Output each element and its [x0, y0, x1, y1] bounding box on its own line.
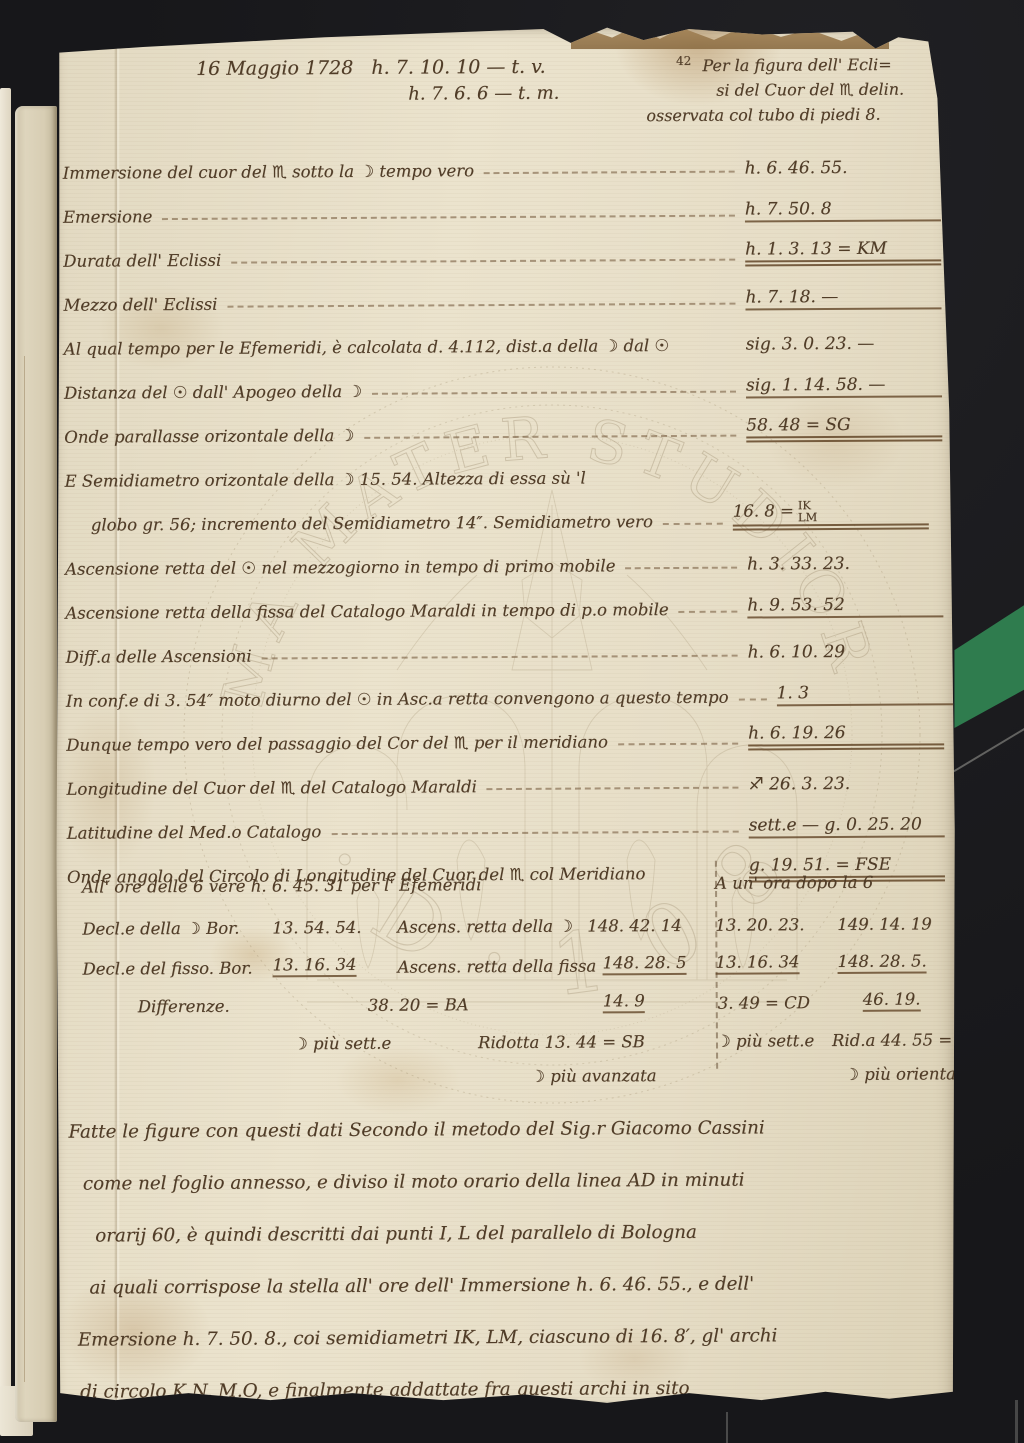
manuscript-page: ALMA MATER STUDIORUM A · D · 1 0 8 8 16 …	[52, 22, 962, 1414]
table-cell: ☽ più sett.e	[293, 1034, 391, 1054]
ledger-row: Onde parallasse orizontale della ☽ 58. 4…	[64, 401, 942, 450]
semidiameter-fraction: IK LM	[798, 499, 818, 523]
dash-leader	[262, 655, 738, 660]
semidiameter-line2: globo gr. 56; incremento del Semidiametr…	[91, 512, 653, 534]
ledger-row: Al qual tempo per le Efemeridi, è calcol…	[64, 313, 942, 362]
table-cell: 3. 49 = CD	[718, 993, 810, 1013]
dash-leader	[372, 391, 736, 395]
row-label: Onde parallasse orizontale della ☽	[64, 426, 354, 447]
row-label: Longitudine del Cuor del ♏ del Catalogo …	[66, 777, 477, 799]
dash-leader	[231, 259, 735, 264]
table-cell: Rid.a 44. 55 = SC	[832, 1030, 981, 1050]
row-value: h. 6. 46. 55.	[745, 157, 941, 178]
paragraph-line: di circolo K.N, M.O, e finalmente addatt…	[70, 1345, 942, 1402]
row-label: Al qual tempo per le Efemeridi, è calcol…	[64, 336, 670, 359]
table-cell: ☽ più orientale	[844, 1064, 971, 1084]
table-cell: 46. 19.	[863, 989, 921, 1011]
side-note-line: si del Cuor del ♏ delin.	[640, 77, 940, 104]
row-value: h. 6. 10. 29	[748, 641, 944, 662]
row-value: h. 1. 3. 13 = KM	[745, 238, 941, 266]
closing-paragraph: Fatte le figure con questi dati Secondo …	[68, 1085, 942, 1402]
side-note: 42 Per la figura dell' Ecli= si del Cuor…	[640, 47, 940, 128]
row-label: Durata dell' Eclissi	[63, 251, 221, 271]
paragraph-line: Emersione h. 7. 50. 8., coi semidiametri…	[70, 1293, 942, 1350]
ledger-row: Immersione del cuor del ♏ sotto la ☽ tem…	[62, 137, 940, 186]
row-label: Emersione	[63, 207, 153, 227]
table-cell: Ascens. retta della fissa	[397, 956, 596, 976]
table-header-right: A un' ora dopo la 6	[715, 873, 873, 893]
table-cell: 148. 28. 5.	[837, 951, 926, 974]
time-mean-text: h. 7. 6. 6 — t. m.	[408, 83, 559, 105]
folio-number: 42	[676, 54, 691, 68]
scanned-manuscript-photo: { "colors":{"paper":"#e6ddc6","ink":"#50…	[0, 0, 1024, 1443]
table-cell: 148. 42. 14	[587, 916, 682, 936]
ledger-row: In conf.e di 3. 54″ moto diurno del ☉ in…	[66, 665, 944, 714]
row-label: Immersione del cuor del ♏ sotto la ☽ tem…	[63, 161, 474, 183]
dash-leader	[739, 698, 767, 700]
ledger-row: Ascensione retta del ☉ nel mezzogiorno i…	[65, 533, 943, 582]
row-label: Diff.a delle Ascensioni	[66, 647, 252, 667]
dash-leader	[162, 215, 735, 220]
table-cell: 13. 20. 23.	[715, 915, 804, 935]
row-value: h. 9. 53. 52	[747, 594, 943, 618]
row-value: sett.e — g. 0. 25. 20	[749, 814, 945, 838]
time-true-text: h. 7. 10. 10 — t. v.	[371, 56, 545, 79]
semidiameter-line2-row: globo gr. 56; incremento del Semidiametr…	[65, 489, 943, 538]
row-value: h. 3. 33. 23.	[747, 553, 943, 574]
table-cell: Ridotta 13. 44 = SB	[478, 1032, 645, 1052]
table-cell: 149. 14. 19	[837, 914, 932, 934]
book-page-edge-sliver	[0, 88, 11, 1428]
dash-leader	[663, 523, 723, 525]
observation-ledger: Immersione del cuor del ♏ sotto la ☽ tem…	[62, 137, 945, 890]
dash-leader	[227, 303, 735, 308]
row-label: In conf.e di 3. 54″ moto diurno del ☉ in…	[66, 688, 729, 711]
dash-leader	[618, 743, 738, 746]
ledger-row: Distanza del ☉ dall' Apogeo della ☽ sig.…	[64, 357, 942, 406]
table-cell: Decl.e del fisso. Bor.	[82, 959, 252, 979]
row-value: h. 6. 19. 26	[748, 722, 944, 750]
table-row: Decl.e del fisso. Bor. 13. 16. 34 Ascens…	[67, 939, 945, 978]
semidiameter-value: 16. 8 = IK LM	[733, 498, 929, 530]
table-cell: 13. 54. 54.	[272, 918, 361, 938]
row-label: Ascensione retta del ☉ nel mezzogiorno i…	[65, 556, 615, 578]
ledger-row: Longitudine del Cuor del ♏ del Catalogo …	[66, 753, 944, 802]
table-cell: Decl.e della ☽ Bor.	[82, 919, 239, 939]
row-value: h. 7. 18. —	[745, 286, 941, 310]
semidiameter-line1: E Semidiametro orizontale della ☽ 15. 54…	[64, 445, 942, 494]
dash-leader	[484, 171, 735, 175]
row-value: h. 7. 50. 8	[745, 198, 941, 222]
table-row: ☽ più avanzata ☽ più orientale	[68, 1049, 946, 1088]
book-page-edge-stack	[15, 106, 57, 1422]
dash-leader	[487, 787, 739, 791]
table-cell: Differenze.	[138, 997, 230, 1017]
semidiameter-value-number: 16. 8 =	[733, 502, 794, 521]
ledger-row: Ascensione retta della fissa del Catalog…	[65, 577, 943, 626]
row-value: sig. 3. 0. 23. —	[746, 333, 942, 354]
table-cell: 14. 9	[603, 991, 645, 1013]
table-cell: ☽ più avanzata	[530, 1066, 656, 1086]
paragraph-line: orarij 60, è quindi descritti dai punti …	[69, 1189, 941, 1246]
ledger-row: Latitudine del Med.o Catalogo sett.e — g…	[67, 797, 945, 846]
handwriting-layer: 16 Maggio 1728 h. 7. 10. 10 — t. v. h. 7…	[48, 19, 966, 1417]
table-cell: ☽ più sett.e	[716, 1031, 814, 1051]
ledger-row: Durata dell' Eclissi h. 1. 3. 13 = KM	[63, 225, 941, 274]
ledger-row: Dunque tempo vero del passaggio del Cor …	[66, 709, 944, 758]
fraction-bottom: LM	[798, 511, 817, 523]
dash-leader	[679, 611, 738, 613]
row-label: Mezzo dell' Eclissi	[63, 295, 217, 315]
table-row: Differenze. 38. 20 = BA 14. 9 3. 49 = CD…	[68, 977, 946, 1016]
ledger-row: Mezzo dell' Eclissi h. 7. 18. —	[63, 269, 941, 318]
ledger-row: Emersione h. 7. 50. 8	[63, 181, 941, 230]
paragraph-line: ai quali corrispose la stella all' ore d…	[69, 1241, 941, 1298]
row-value: sig. 1. 14. 58. —	[746, 374, 942, 398]
table-cell: 148. 28. 5	[602, 953, 686, 976]
table-header-left: All' ore delle 6 vere h. 6. 45. 31 per l…	[82, 875, 481, 896]
row-value: 1. 3	[776, 682, 972, 706]
row-label: Distanza del ☉ dall' Apogeo della ☽	[64, 382, 362, 403]
row-value: 58. 48 = SG	[746, 414, 942, 442]
dash-leader	[625, 567, 737, 570]
date-block: 16 Maggio 1728 h. 7. 10. 10 — t. v. h. 7…	[196, 56, 559, 106]
light-streak	[726, 1412, 728, 1443]
table-row: ☽ più sett.e Ridotta 13. 44 = SB ☽ più s…	[68, 1015, 946, 1054]
date-text: 16 Maggio 1728	[196, 57, 353, 80]
dash-leader	[364, 435, 736, 439]
side-note-line: osservata col tubo di piedi 8.	[640, 102, 940, 129]
table-cell: Ascens. retta della ☽	[397, 917, 573, 937]
table-header-row: All' ore delle 6 vere h. 6. 45. 31 per l…	[67, 857, 945, 896]
row-value: ♐ 26. 3. 23.	[748, 773, 944, 794]
row-label: Latitudine del Med.o Catalogo	[67, 822, 322, 843]
ledger-row: Diff.a delle Ascensioni h. 6. 10. 29	[65, 621, 943, 670]
side-note-line: Per la figura dell' Ecli=	[702, 55, 891, 75]
table-cell: 13. 16. 34	[272, 955, 356, 978]
table-row: Decl.e della ☽ Bor. 13. 54. 54. Ascens. …	[67, 899, 945, 938]
dash-leader	[331, 831, 738, 835]
row-label: Dunque tempo vero del passaggio del Cor …	[66, 732, 608, 754]
table-cell: 13. 16. 34	[715, 952, 799, 975]
light-streak	[1015, 1400, 1018, 1443]
paragraph-line: Fatte le figure con questi dati Secondo …	[68, 1085, 940, 1142]
row-label: Ascensione retta della fissa del Catalog…	[65, 600, 668, 623]
green-bookmark-ribbon	[950, 600, 1024, 732]
paragraph-line: come nel foglio annesso, e diviso il mot…	[69, 1137, 941, 1194]
table-cell: 38. 20 = BA	[368, 995, 469, 1015]
semidiameter-note: E Semidiametro orizontale della ☽ 15. 54…	[64, 445, 943, 538]
